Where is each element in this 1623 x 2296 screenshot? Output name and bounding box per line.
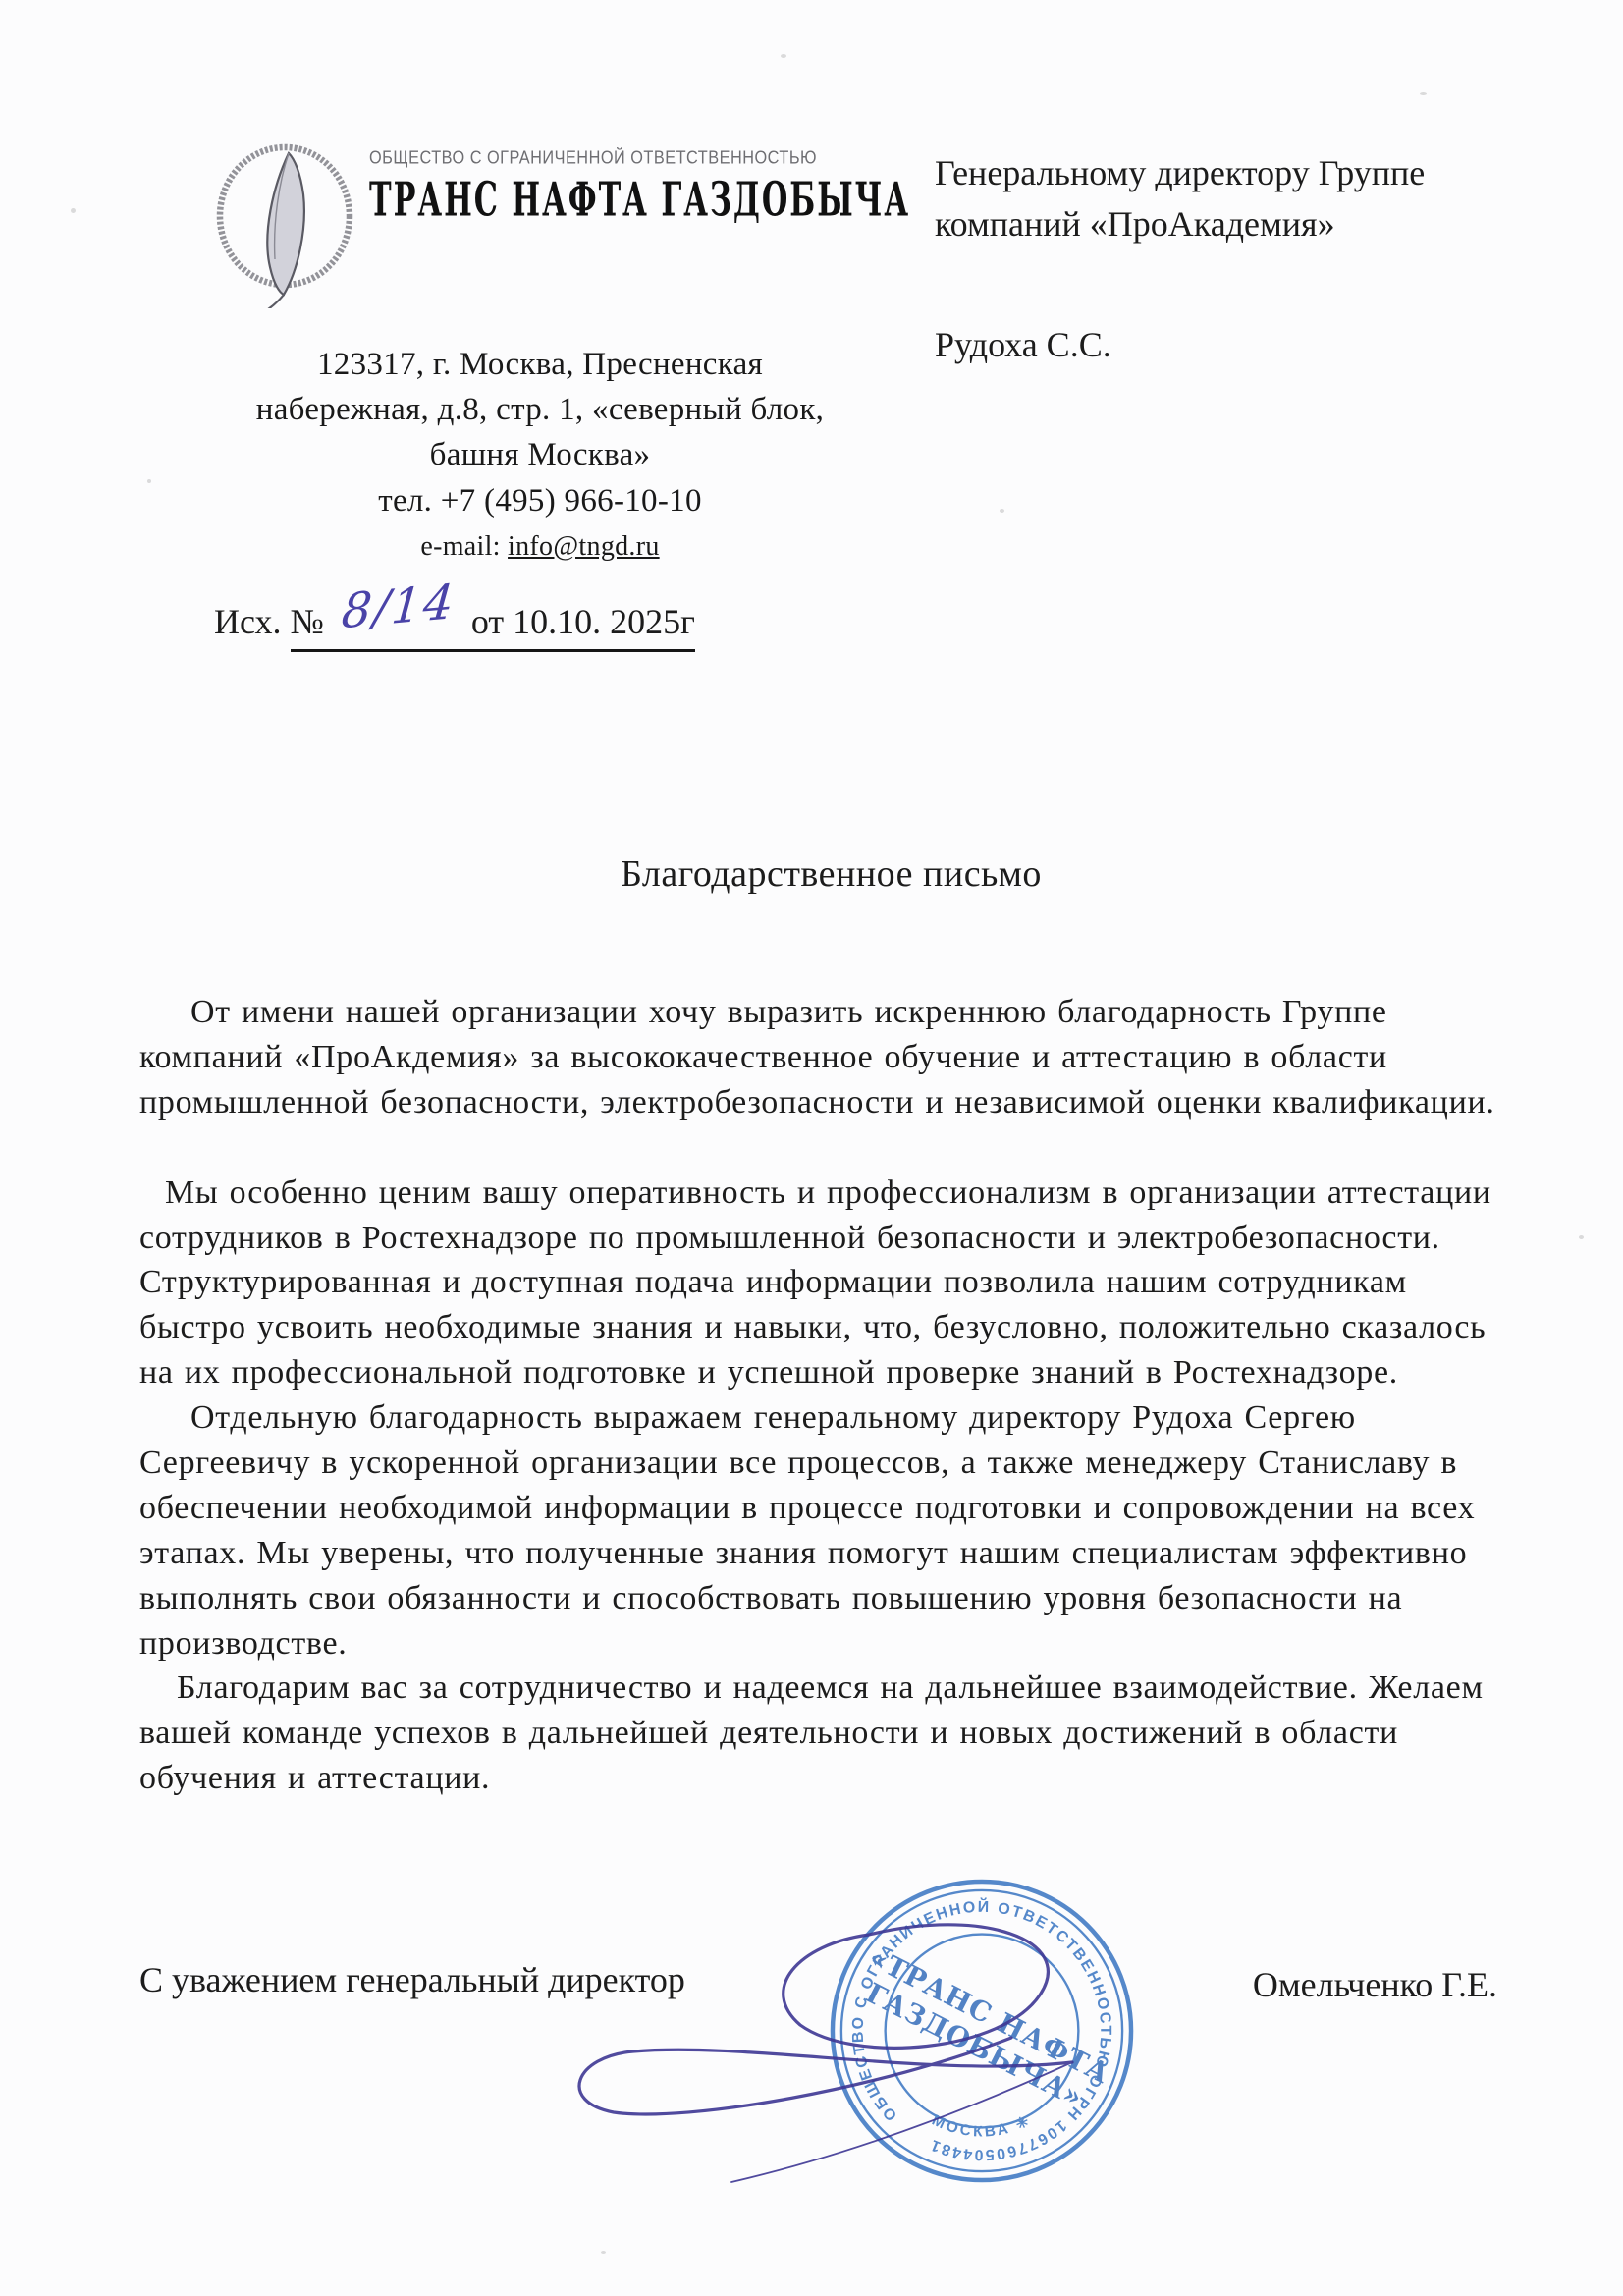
number-sign: №: [291, 602, 324, 641]
address-line: тел. +7 (495) 966-10-10: [196, 478, 884, 523]
scan-artifact: [1000, 509, 1004, 513]
letter-body: От имени нашей организации хочу выразить…: [139, 990, 1509, 1801]
handwritten-signature: [530, 1895, 1159, 2219]
logo-text-block: ОБЩЕСТВО С ОГРАНИЧЕННОЙ ОТВЕТСТВЕННОСТЬЮ…: [369, 147, 782, 208]
company-address-block: 123317, г. Москва, Пресненская набережна…: [196, 342, 884, 566]
scan-artifact: [781, 54, 786, 58]
address-line: башня Москва»: [196, 432, 884, 477]
signature-strokes-icon: [530, 1895, 1159, 2219]
scan-artifact: [147, 479, 151, 483]
scanned-letter-page: ОБЩЕСТВО С ОГРАНИЧЕННОЙ ОТВЕТСТВЕННОСТЬЮ…: [0, 0, 1623, 2296]
scan-artifact: [601, 2251, 606, 2254]
paragraph: От имени нашей организации хочу выразить…: [139, 990, 1509, 1125]
scan-artifact: [1420, 92, 1427, 95]
reference-date: от 10.10. 2025г: [471, 602, 695, 641]
reference-line: Исх. №от 10.10. 2025г8/14: [214, 601, 695, 652]
email-label: e-mail:: [420, 531, 508, 562]
recipient-block: Генеральному директору Группе компаний «…: [935, 147, 1485, 249]
recipient-line: Генеральному директору Группе: [935, 147, 1485, 198]
paragraph: Мы особенно ценим вашу оперативность и п…: [139, 1171, 1509, 1395]
address-line: набережная, д.8, стр. 1, «северный блок,: [196, 387, 884, 432]
logo-company-name: ТРАНС НАФТА ГАЗДОБЫЧА: [369, 173, 774, 228]
logo-flame-icon: [214, 143, 361, 308]
handwritten-ref-number: 8/14: [339, 574, 457, 640]
logo-org-type: ОБЩЕСТВО С ОГРАНИЧЕННОЙ ОТВЕТСТВЕННОСТЬЮ: [369, 147, 765, 169]
paragraph: Отдельную благодарность выражаем генерал…: [139, 1395, 1509, 1666]
scan-artifact: [1579, 1235, 1584, 1239]
email-line: e-mail: info@tngd.ru: [196, 527, 884, 566]
letter-title: Благодарственное письмо: [20, 852, 1623, 896]
scan-artifact: [71, 208, 76, 213]
signer-name: Омельченко Г.Е.: [1253, 1964, 1497, 2005]
recipient-name: Рудоха С.С.: [935, 324, 1111, 365]
reference-prefix: Исх.: [214, 602, 291, 641]
address-line: 123317, г. Москва, Пресненская: [196, 342, 884, 387]
reference-underlined-segment: №от 10.10. 2025г8/14: [291, 601, 695, 652]
recipient-line: компаний «ПроАкадемия»: [935, 198, 1485, 249]
email-address: info@tngd.ru: [508, 531, 660, 562]
paragraph: Благодарим вас за сотрудничество и надее…: [139, 1666, 1509, 1801]
